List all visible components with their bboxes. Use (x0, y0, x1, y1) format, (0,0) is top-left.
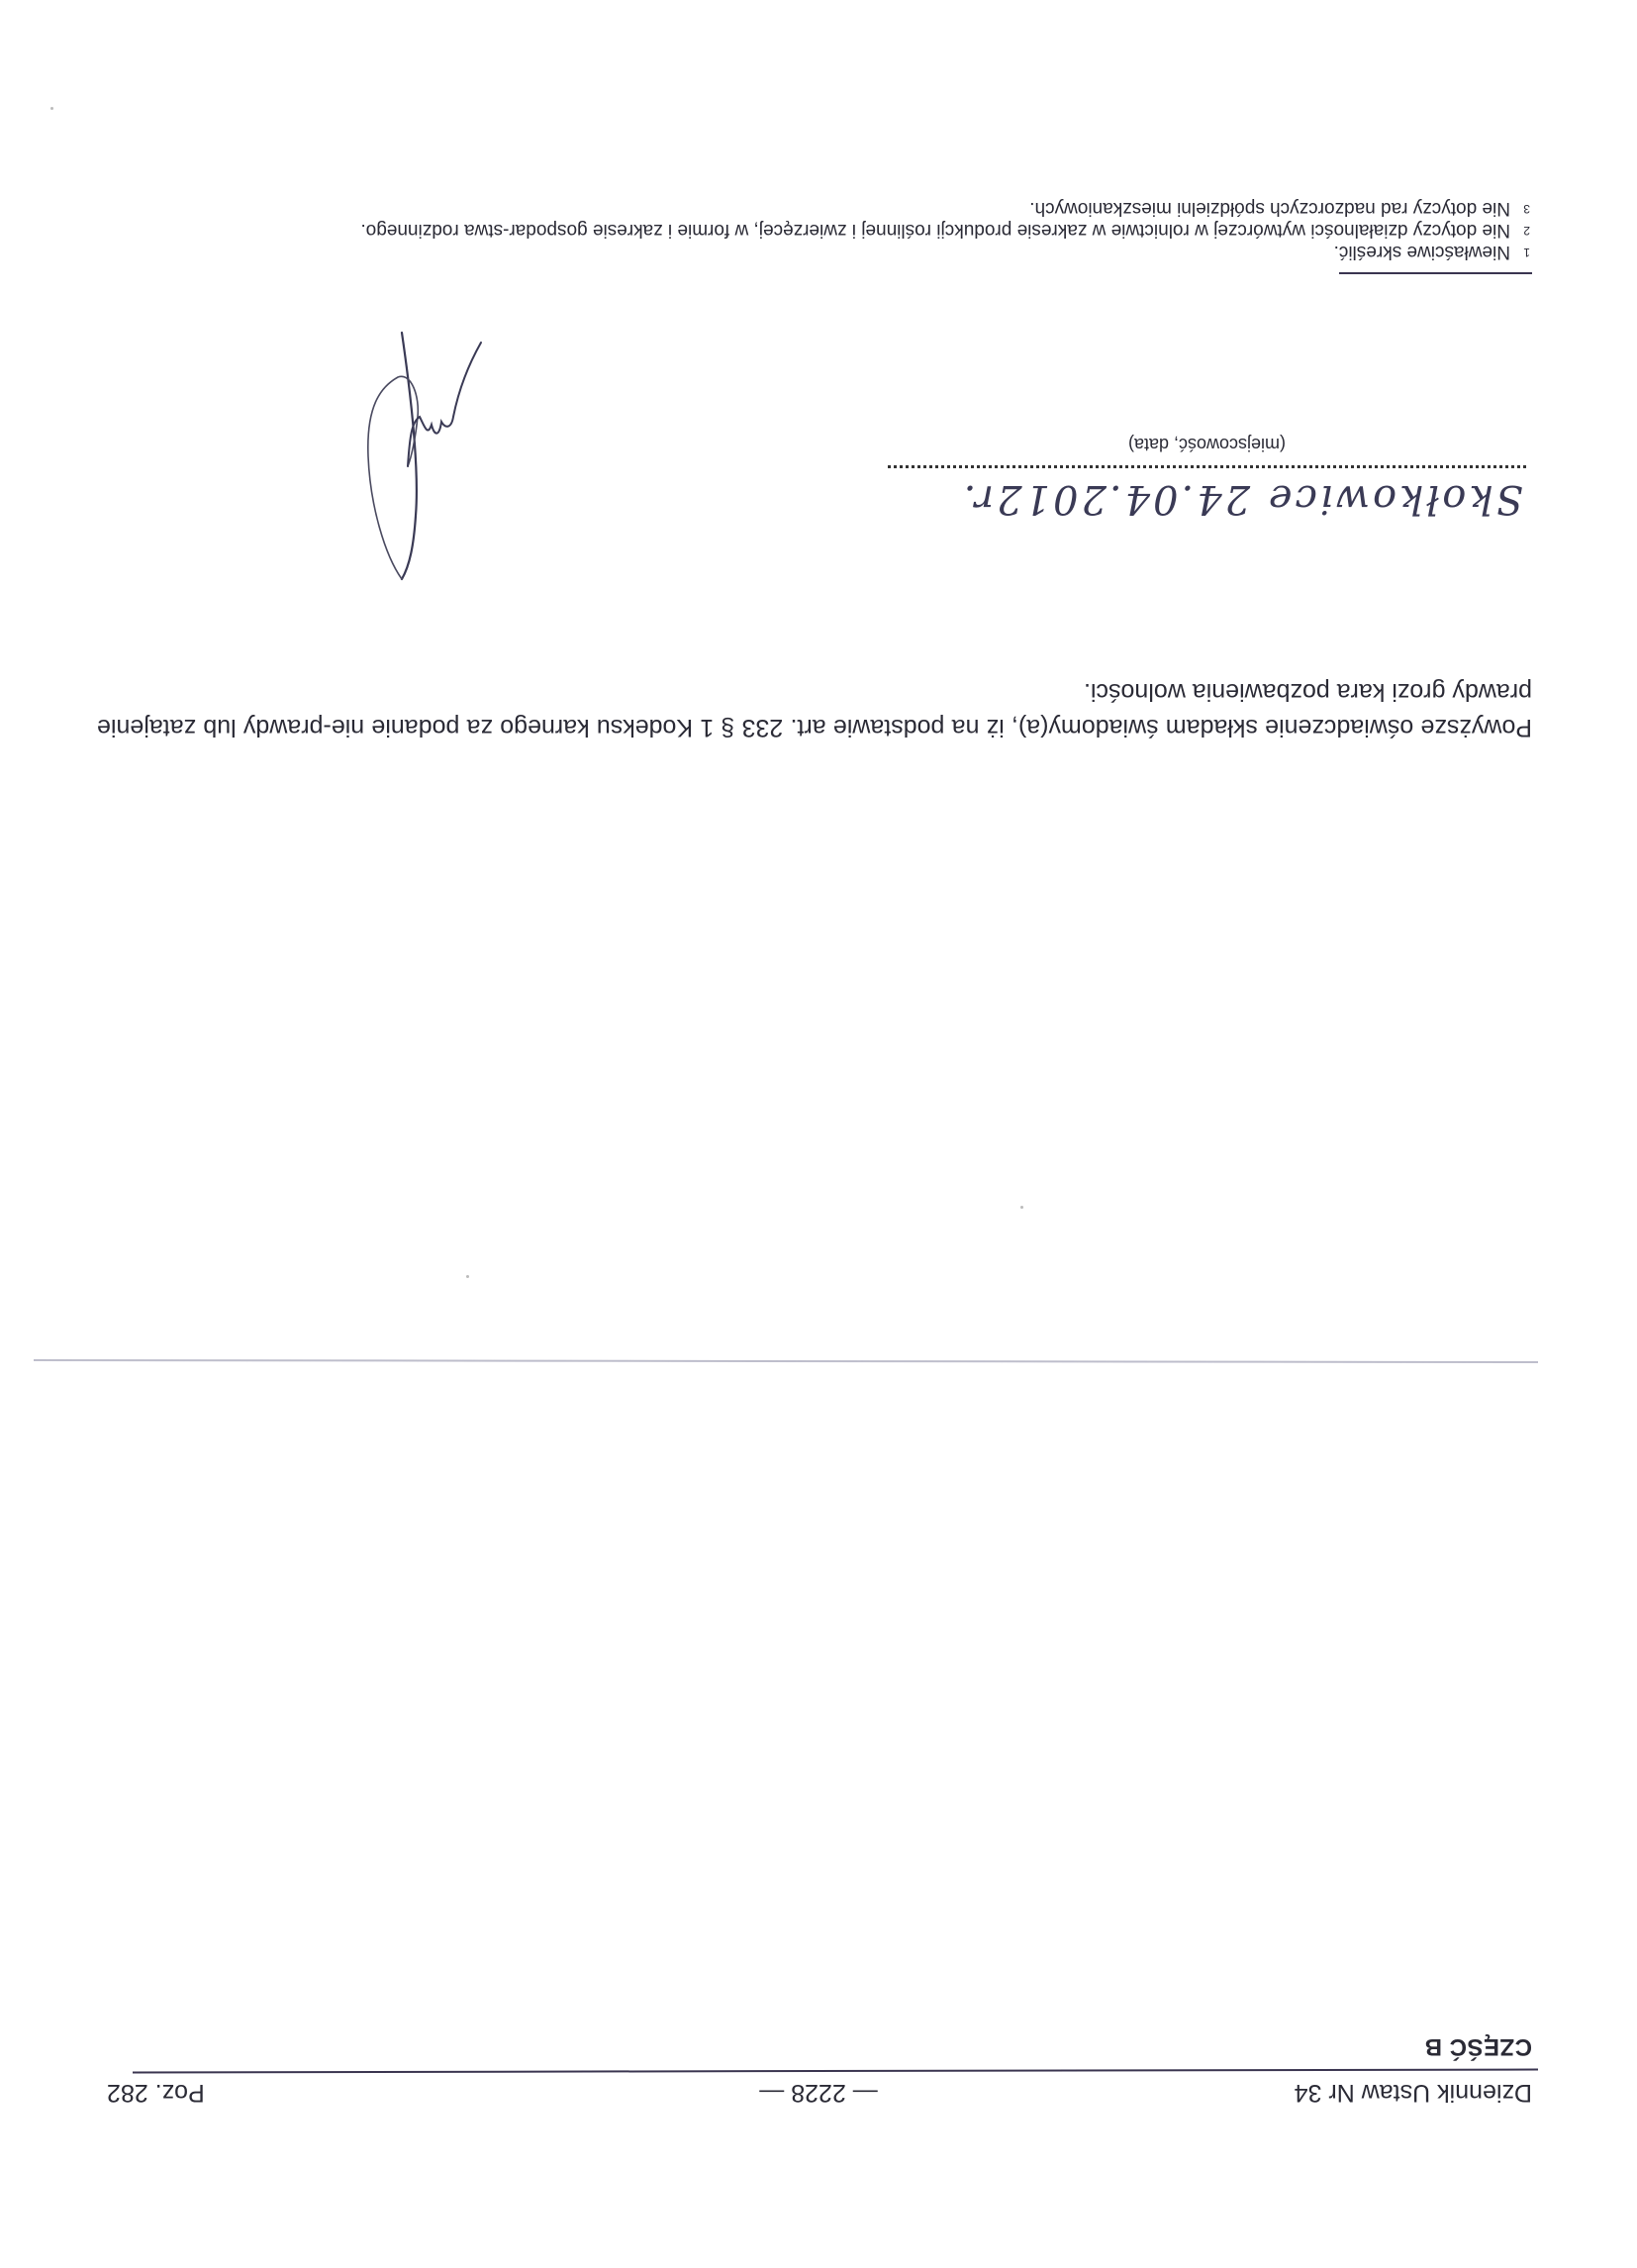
footnote-mark: 1 (1523, 247, 1530, 258)
section-title: CZĘŚĆ B (1424, 2032, 1532, 2060)
handwritten-place-date: Skołkowice 24.04.2012r. (961, 476, 1523, 522)
page-number: — 2228 — (0, 2078, 1637, 2107)
footnote-text: Nie dotyczy rad nadzorczych spółdzielni … (1029, 198, 1510, 219)
scan-speck (1020, 1206, 1023, 1209)
signature (321, 328, 519, 585)
scan-speck (50, 107, 53, 110)
footnote-mark: 3 (1523, 203, 1530, 215)
footnote-text: Nie dotyczy działalności wytwórczej w ro… (360, 220, 1510, 241)
position-number: Poz. 282 (107, 2078, 205, 2107)
footnote-mark: 2 (1523, 225, 1530, 237)
scan-fold-line (34, 1359, 1538, 1363)
header-rule (133, 2069, 1538, 2074)
footnotes: 1 Niewłaściwe skreślić. 2 Nie dotyczy dz… (97, 197, 1532, 262)
statement-paragraph: Powyższe oświadczenie składam świadomy(a… (97, 674, 1532, 745)
place-date-dotted-line (888, 465, 1526, 468)
footnote-rule (1339, 272, 1532, 274)
footnote-3: 3 Nie dotyczy rad nadzorczych spółdzieln… (97, 197, 1532, 219)
footnote-2: 2 Nie dotyczy działalności wytwórczej w … (97, 219, 1532, 241)
footnote-text: Niewłaściwe skreślić. (1334, 242, 1510, 262)
scan-speck (466, 1275, 469, 1278)
place-date-caption: (miejscowość, data) (888, 434, 1526, 454)
scanned-page: Dziennik Ustaw Nr 34 — 2228 — Poz. 282 C… (0, 0, 1637, 2268)
footnote-1: 1 Niewłaściwe skreślić. (97, 241, 1532, 262)
